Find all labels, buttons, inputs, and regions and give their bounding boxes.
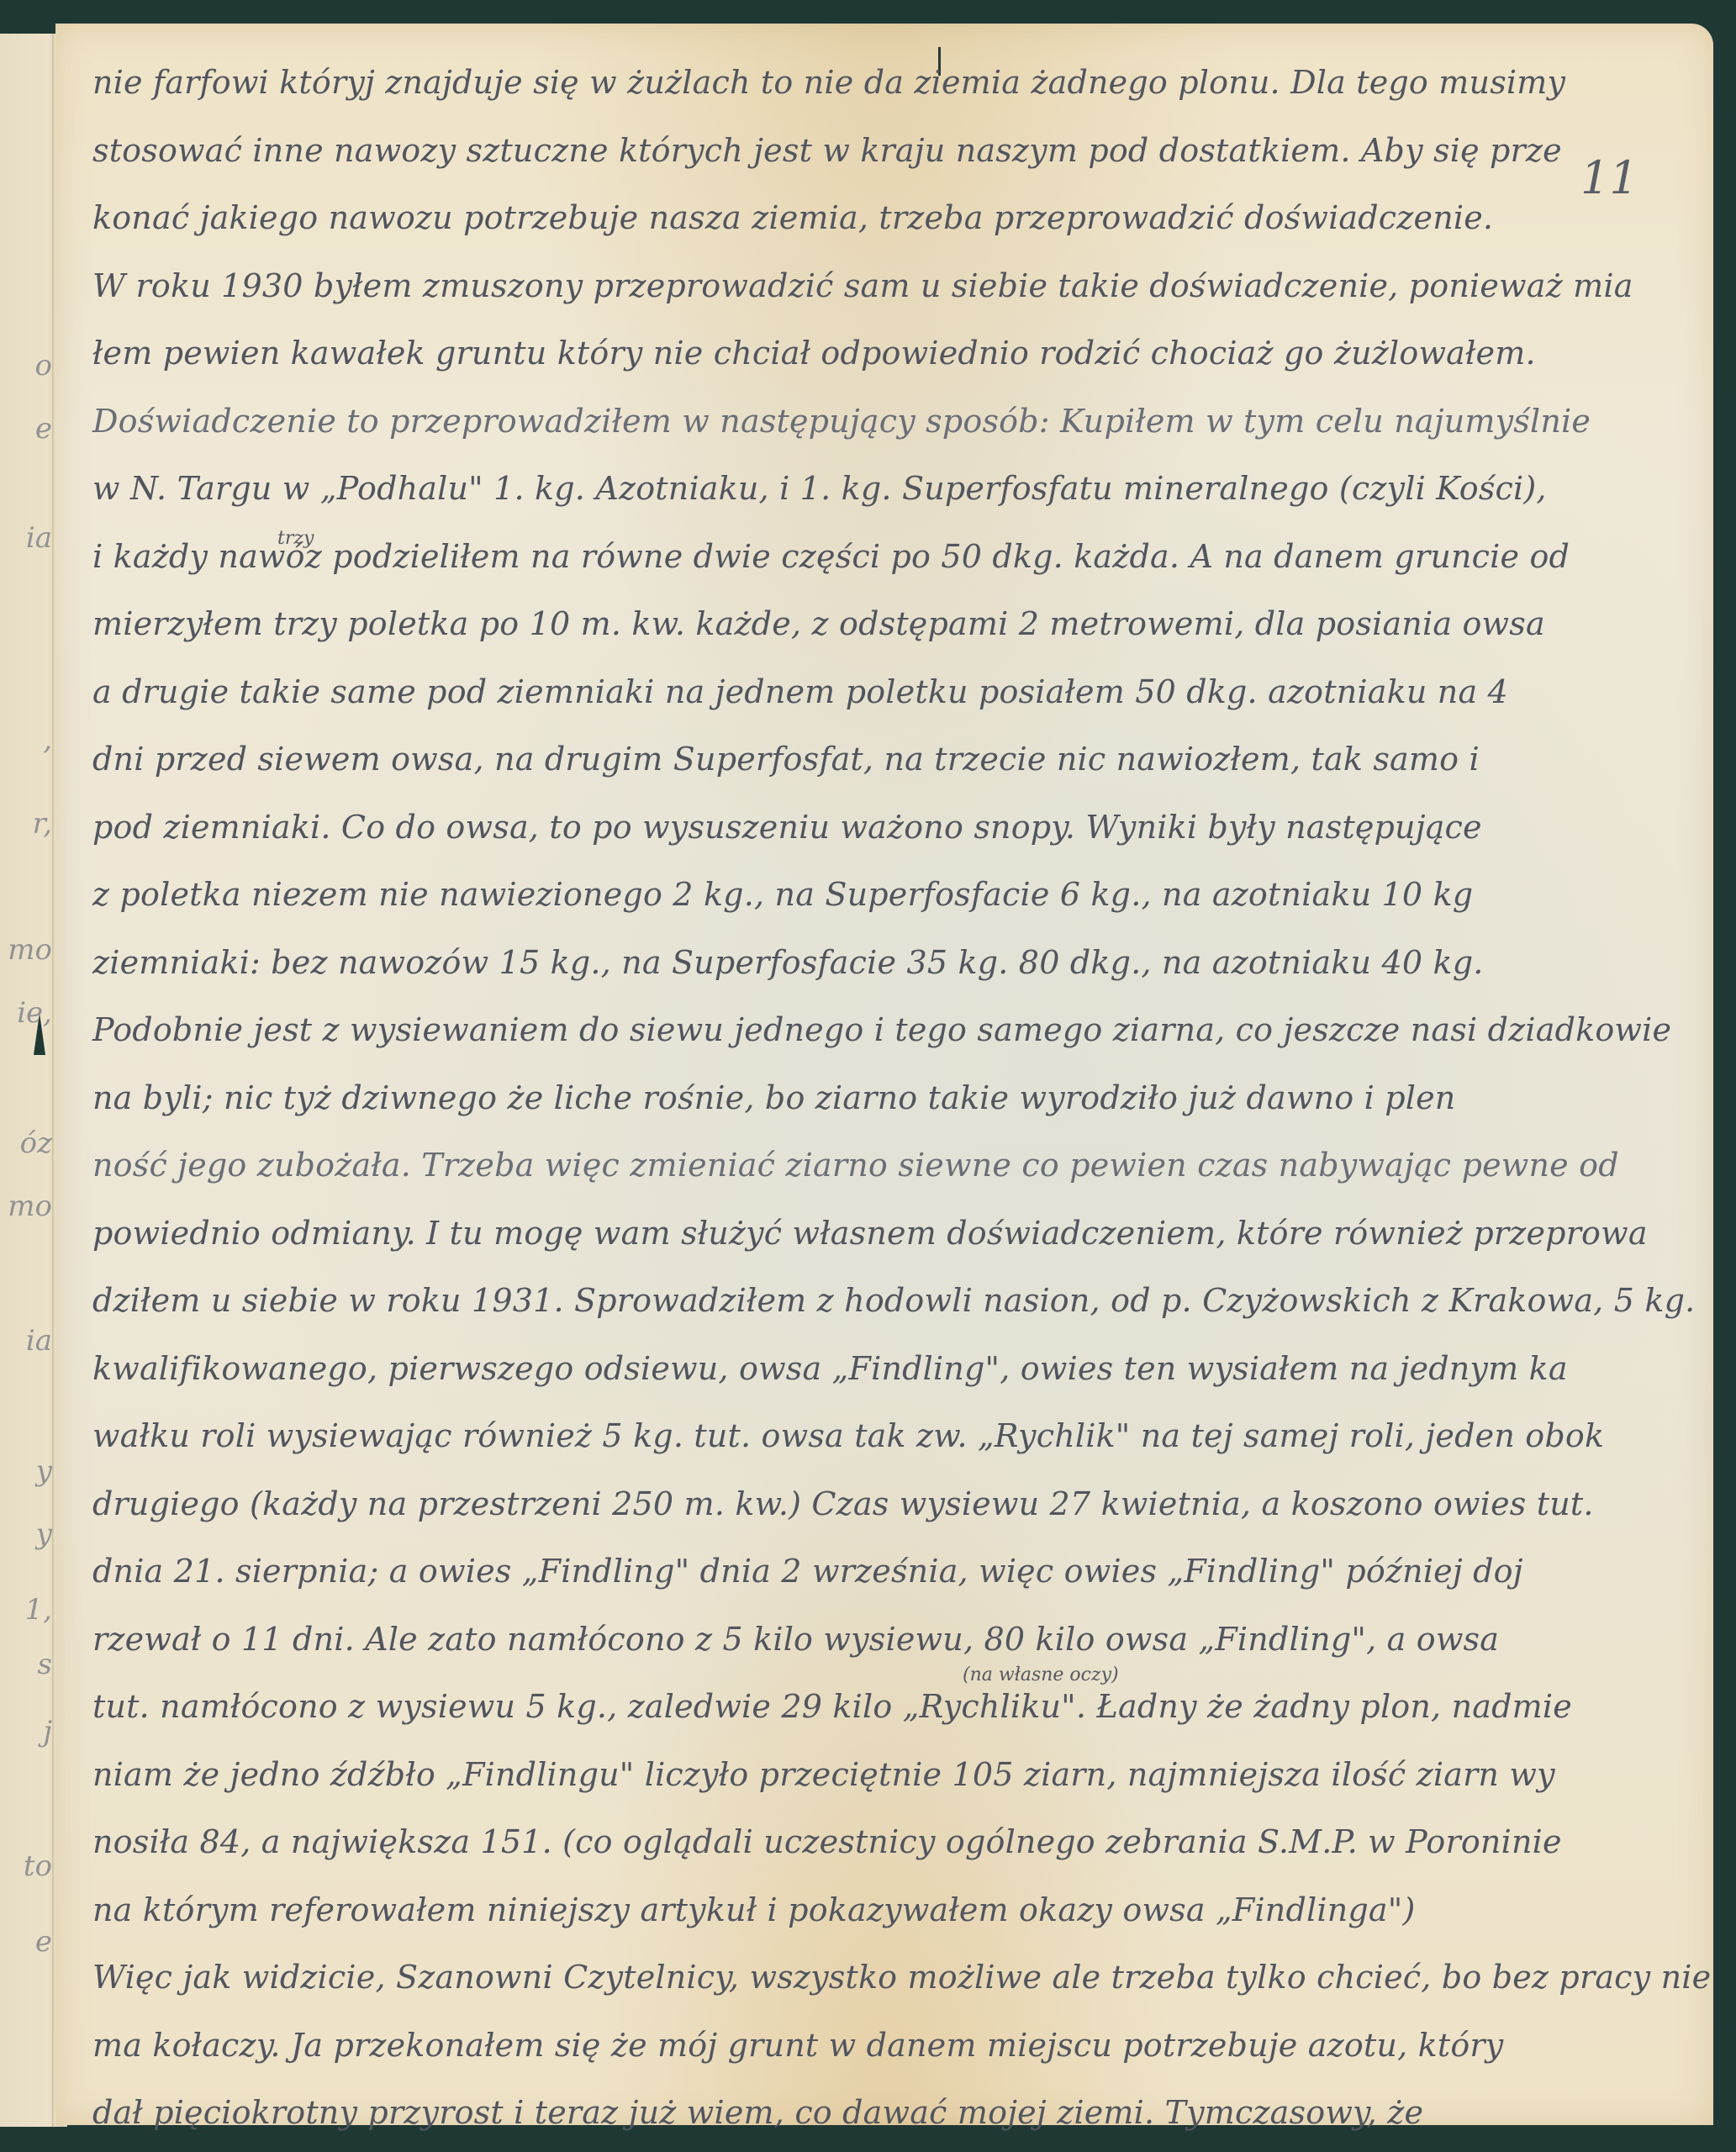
text-line: dni przed siewem owsa, na drugim Superfo…: [92, 725, 1690, 794]
text-line: ziemniaki: bez nawozów 15 kg., na Superf…: [92, 929, 1690, 997]
manuscript-text: nie farfowi któryj znajduje się w żużlac…: [92, 49, 1690, 2147]
margin-fragment: mo: [0, 1189, 52, 1223]
text-line: i każdy nawóz podzieliłem na równe dwie …: [92, 523, 1690, 591]
text-line: tut. namłócono z wysiewu 5 kg., zaledwie…: [92, 1673, 1690, 1741]
margin-fragment: r,: [0, 807, 52, 841]
text-line: ność jego zubożała. Trzeba więc zmieniać…: [92, 1131, 1690, 1200]
margin-fragment: e: [0, 412, 52, 446]
text-line: niam że jedno źdźbło „Findlingu" liczyło…: [92, 1741, 1690, 1809]
text-line: nosiła 84, a największa 151. (co oglądal…: [92, 1808, 1690, 1876]
margin-fragment: ia: [0, 521, 52, 555]
text-line: z poletka niezem nie nawiezionego 2 kg.,…: [92, 861, 1690, 929]
text-line: na którym referowałem niniejszy artykuł …: [92, 1876, 1690, 1944]
margin-fragment: y: [0, 1517, 52, 1551]
margin-fragment: ,: [0, 723, 52, 757]
text-line: Więc jak widzicie, Szanowni Czytelnicy, …: [92, 1944, 1690, 2012]
margin-fragment: s: [0, 1648, 52, 1681]
text-line: Doświadczenie to przeprowadziłem w nastę…: [92, 388, 1690, 456]
text-line: konać jakiego nawozu potrzebuje nasza zi…: [92, 184, 1690, 252]
text-line: nie farfowi któryj znajduje się w żużlac…: [92, 49, 1690, 117]
margin-fragment: ie,: [0, 996, 52, 1030]
text-line: dnia 21. sierpnia; a owies „Findling" dn…: [92, 1538, 1690, 1606]
margin-fragment: ia: [0, 1324, 52, 1358]
margin-fragment: y: [0, 1454, 52, 1488]
text-line: rzewał o 11 dni. Ale zato namłócono z 5 …: [92, 1606, 1690, 1674]
margin-fragment: j: [0, 1715, 52, 1748]
text-line: Podobnie jest z wysiewaniem do siewu jed…: [92, 996, 1690, 1064]
margin-fragment: e: [0, 1925, 52, 1959]
margin-fragment: to: [0, 1849, 52, 1883]
text-line: w N. Targu w „Podhalu" 1. kg. Azotniaku,…: [92, 455, 1690, 523]
margin-fragment: o: [0, 349, 52, 382]
text-line: łem pewien kawałek gruntu który nie chci…: [92, 319, 1690, 388]
text-line: a drugie takie same pod ziemniaki na jed…: [92, 658, 1690, 726]
text-line: drugiego (każdy na przestrzeni 250 m. kw…: [92, 1470, 1690, 1538]
margin-fragment: mo: [0, 933, 52, 967]
text-line: ma kołaczy. Ja przekonałem się że mój gr…: [92, 2012, 1690, 2080]
text-line: mierzyłem trzy poletka po 10 m. kw. każd…: [92, 590, 1690, 658]
text-line: stosować inne nawozy sztuczne których je…: [92, 117, 1690, 185]
text-line: dziłem u siebie w roku 1931. Sprowadziłe…: [92, 1267, 1690, 1335]
text-line: W roku 1930 byłem zmuszony przeprowadzić…: [92, 252, 1690, 320]
text-line: wałku roli wysiewając również 5 kg. tut.…: [92, 1402, 1690, 1470]
text-line: dał pięciokrotny przyrost i teraz już wi…: [92, 2079, 1690, 2147]
text-line: kwalifikowanego, pierwszego odsiewu, ows…: [92, 1335, 1690, 1403]
margin-fragment: óz: [0, 1126, 52, 1160]
margin-fragment: 1,: [0, 1593, 52, 1627]
text-line: na byli; nic tyż dziwnego że liche rośni…: [92, 1064, 1690, 1132]
text-line: powiednio odmiany. I tu mogę wam służyć …: [92, 1200, 1690, 1268]
text-line: pod ziemniaki. Co do owsa, to po wysusze…: [92, 794, 1690, 862]
page-fold: [52, 34, 55, 2127]
